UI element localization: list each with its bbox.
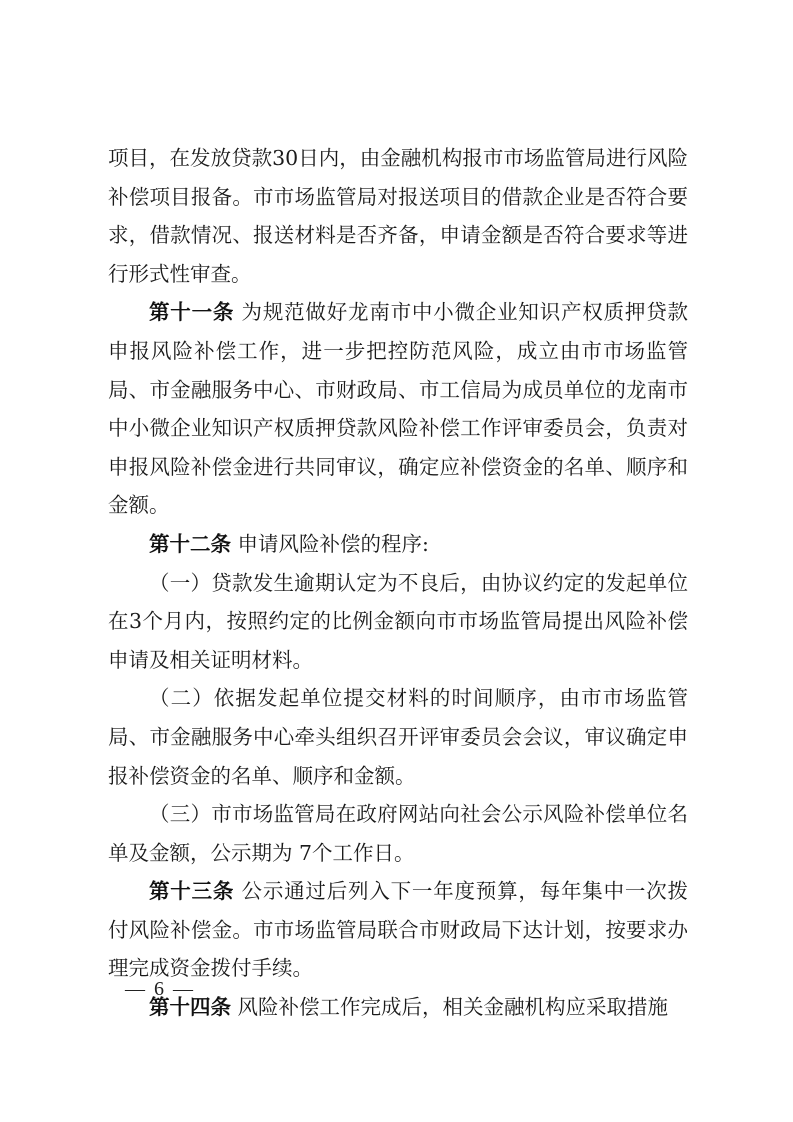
article-12: 第十二条 申请风险补偿的程序:: [108, 525, 688, 564]
article-label: 第十一条: [149, 300, 234, 324]
procedure-item-2: （二）依据发起单位提交材料的时间顺序，由市市场监管局、市金融服务中心牵头组织召开…: [108, 679, 688, 795]
article-label: 第十三条: [149, 879, 234, 903]
article-11: 第十一条 为规范做好龙南市中小微企业知识产权质押贷款申报风险补偿工作，进一步把控…: [108, 293, 688, 525]
paragraph-text: 风险补偿工作完成后，相关金融机构应采取措施: [231, 995, 668, 1019]
paragraph-text: （二）依据发起单位提交材料的时间顺序，由市市场监管局、市金融服务中心牵头组织召开…: [108, 686, 688, 787]
procedure-item-1: （一）贷款发生逾期认定为不良后，由协议约定的发起单位在3个月内，按照约定的比例金…: [108, 564, 688, 680]
article-14: 第十四条 风险补偿工作完成后，相关金融机构应采取措施: [108, 988, 688, 1027]
paragraph-text: 项目，在发放贷款30日内，由金融机构报市市场监管局进行风险补偿项目报备。市市场监…: [108, 146, 688, 286]
paragraph-text: （三）市市场监管局在政府网站向社会公示风险补偿单位名单及金额，公示期为 7个工作…: [108, 802, 688, 865]
paragraph-continuation: 项目，在发放贷款30日内，由金融机构报市市场监管局进行风险补偿项目报备。市市场监…: [108, 139, 688, 293]
article-13: 第十三条 公示通过后列入下一年度预算，每年集中一次拨付风险补偿金。市市场监管局联…: [108, 872, 688, 988]
document-body: 项目，在发放贷款30日内，由金融机构报市市场监管局进行风险补偿项目报备。市市场监…: [108, 139, 688, 1027]
paragraph-text: 为规范做好龙南市中小微企业知识产权质押贷款申报风险补偿工作，进一步把控防范风险，…: [108, 300, 688, 517]
paragraph-text: 申请风险补偿的程序:: [231, 532, 429, 556]
article-label: 第十二条: [149, 532, 231, 556]
document-page: 项目，在发放贷款30日内，由金融机构报市市场监管局进行风险补偿项目报备。市市场监…: [0, 0, 793, 1122]
procedure-item-3: （三）市市场监管局在政府网站向社会公示风险补偿单位名单及金额，公示期为 7个工作…: [108, 795, 688, 872]
page-number: — 6 —: [125, 978, 195, 1001]
paragraph-text: （一）贷款发生逾期认定为不良后，由协议约定的发起单位在3个月内，按照约定的比例金…: [108, 571, 688, 672]
